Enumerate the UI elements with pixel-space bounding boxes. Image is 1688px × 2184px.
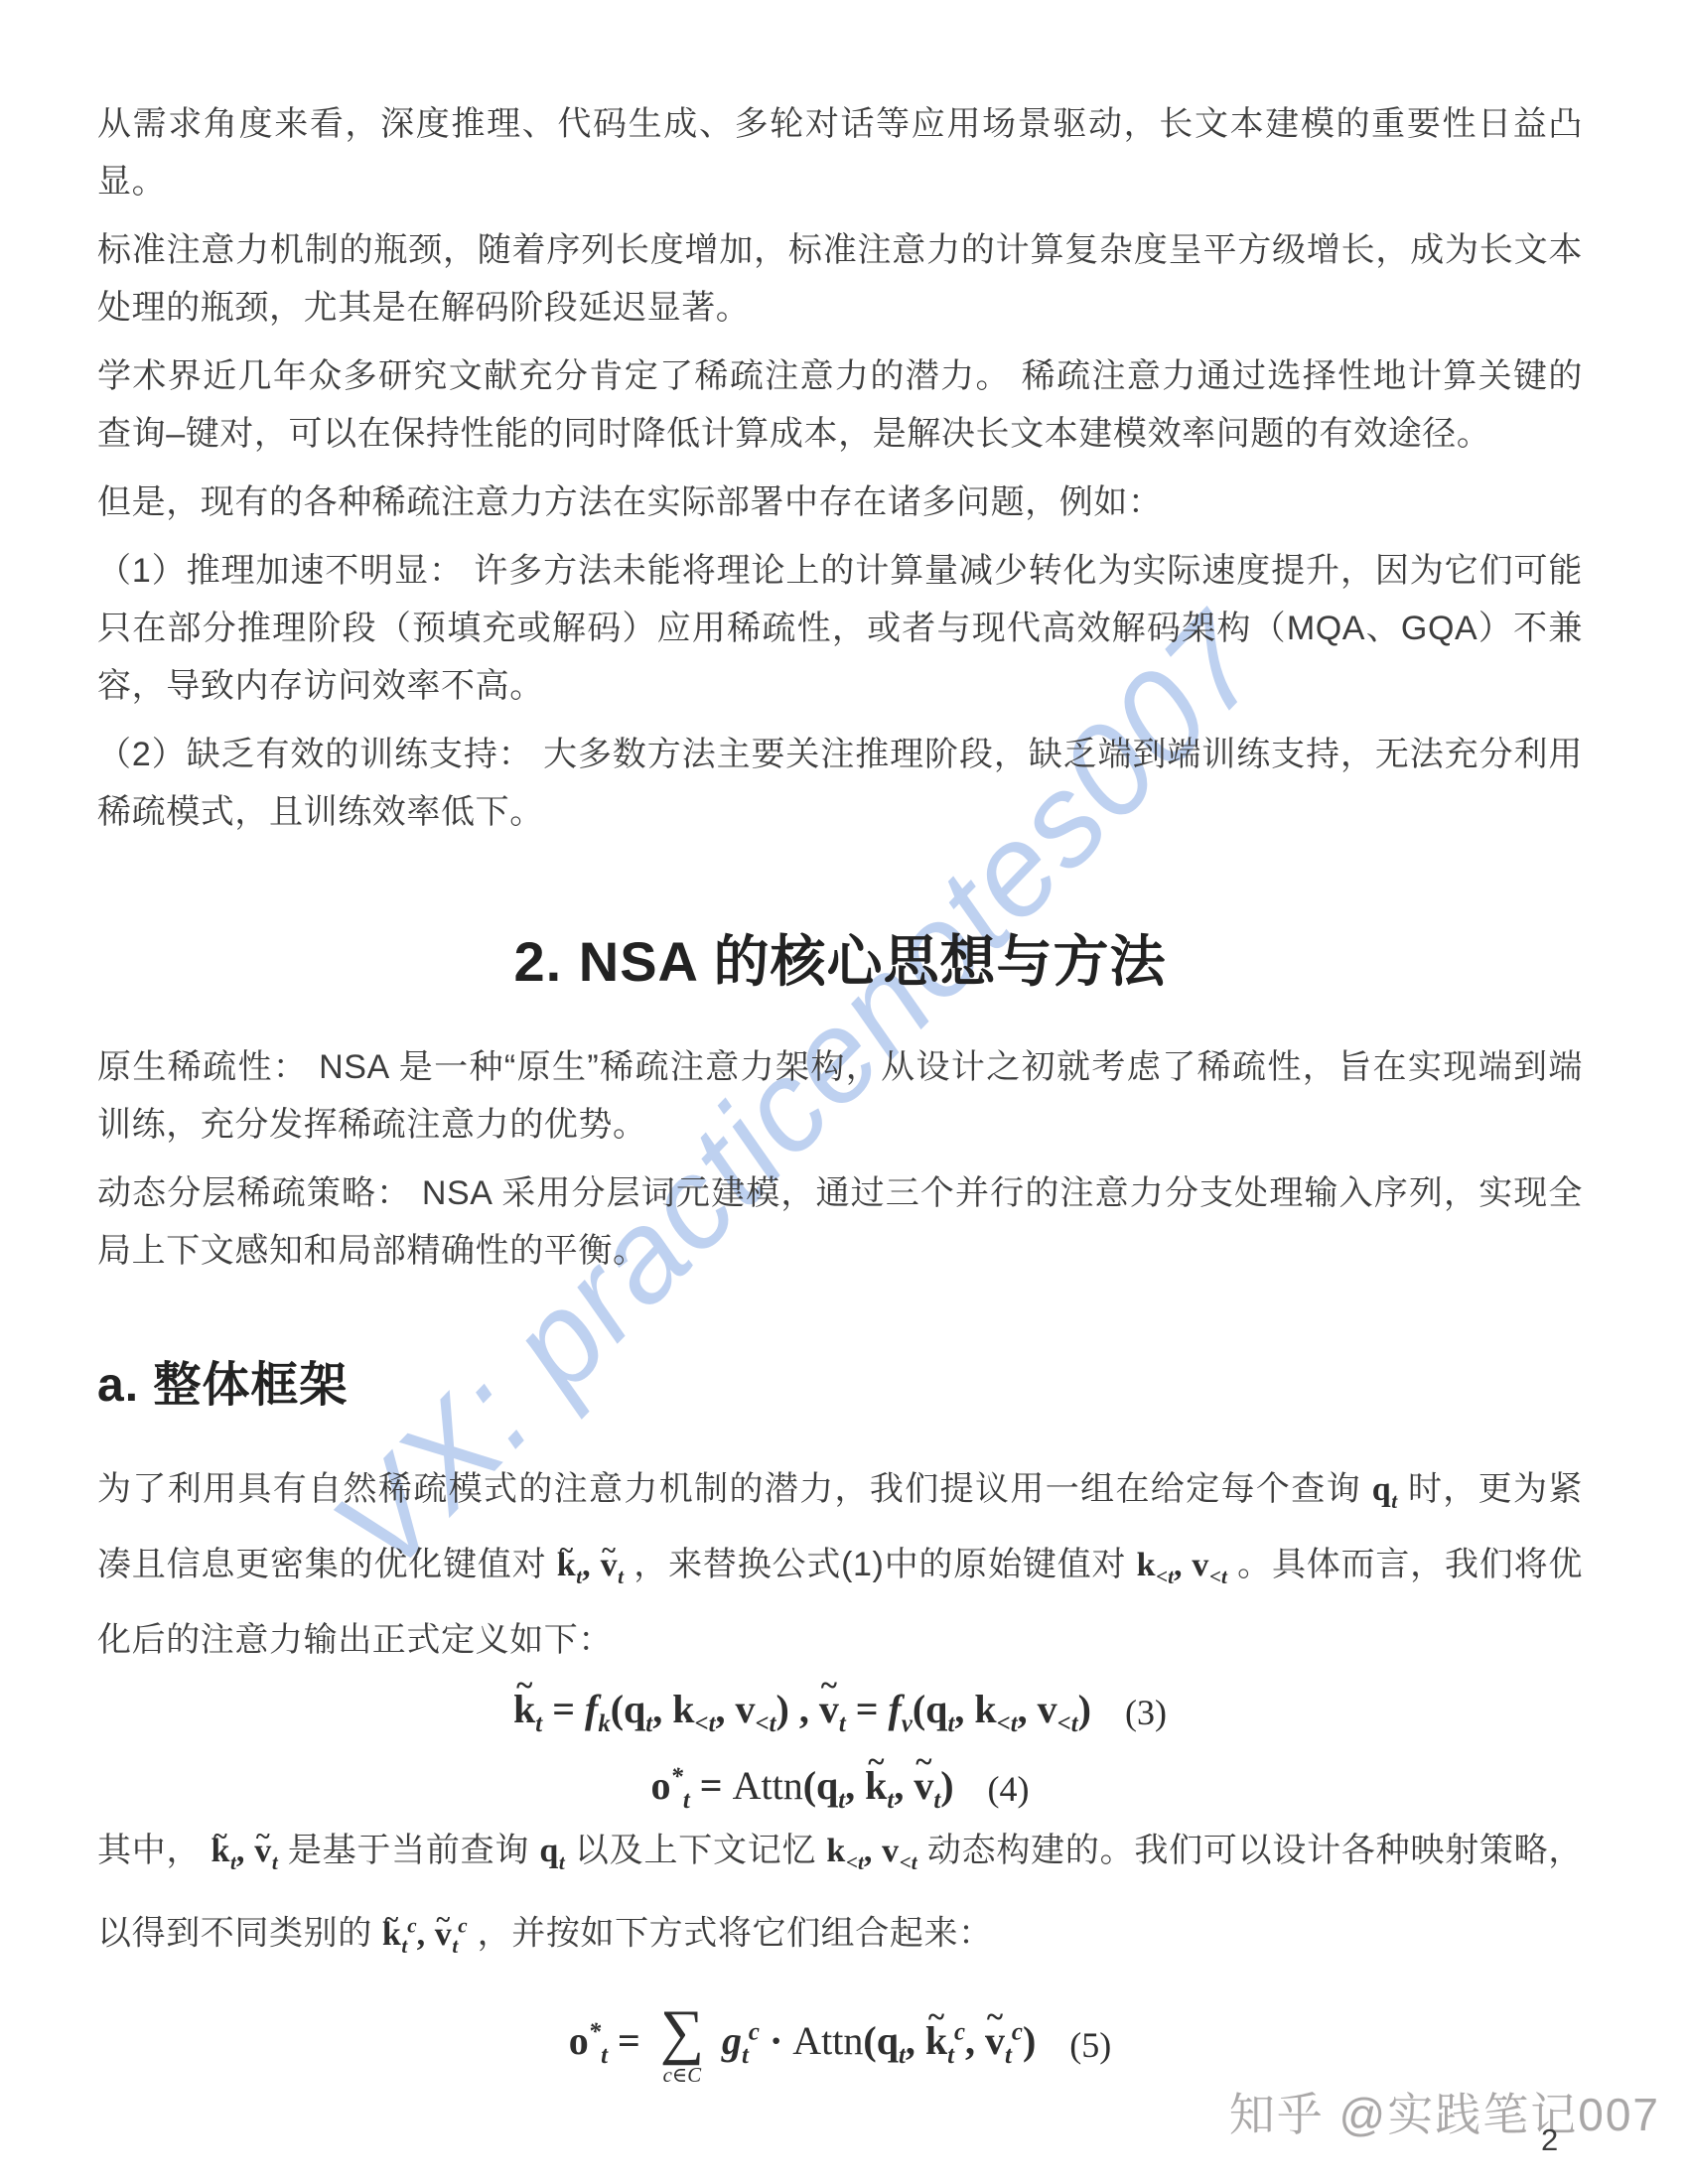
- equation-3-formula: kt = fk(qt, k<t, v<t) , vt = fv(qt, k<t,…: [513, 1686, 1091, 1738]
- nsa-paragraph-native-sparsity: 原生稀疏性： NSA 是一种“原生”稀疏注意力架构，从设计之初就考虑了稀疏性，旨…: [97, 1038, 1583, 1154]
- issue-item-2: （2）缺乏有效的训练支持： 大多数方法主要关注推理阶段，缺乏端到端训练支持，无法…: [97, 726, 1583, 841]
- equation-4: o*t = Attn(qt, kt, vt) (4): [97, 1759, 1583, 1819]
- document-page: VX: practicenotes007 从需求角度来看，深度推理、代码生成、多…: [0, 0, 1688, 2184]
- section-heading: 2. NSA 的核心思想与方法: [97, 930, 1583, 994]
- equation-4-tag: (4): [988, 1768, 1030, 1810]
- intro-paragraph-bottleneck: 标准注意力机制的瓶颈，随着序列长度增加，标准注意力的计算复杂度呈平方级增长，成为…: [97, 221, 1583, 337]
- issue-item-1: （1）推理加速不明显： 许多方法未能将理论上的计算量减少转化为实际速度提升，因为…: [97, 542, 1583, 715]
- page-number: 2: [1541, 2122, 1558, 2158]
- framework-paragraph-1: 为了利用具有自然稀疏模式的注意力机制的潜力，我们提议用一组在给定每个查询 qt …: [97, 1457, 1583, 1672]
- page-content: 从需求角度来看，深度推理、代码生成、多轮对话等应用场景驱动，长文本建模的重要性日…: [97, 0, 1583, 2105]
- equation-5-tag: (5): [1069, 2024, 1111, 2066]
- nsa-paragraph-hierarchical-strategy: 动态分层稀疏策略： NSA 采用分层词元建模，通过三个并行的注意力分支处理输入序…: [97, 1164, 1583, 1280]
- zhihu-credit-stamp: 知乎 @实践笔记007: [1229, 2079, 1660, 2144]
- subsection-heading: a. 整体框架: [97, 1358, 1583, 1414]
- equation-4-formula: o*t = Attn(qt, kt, vt): [650, 1762, 953, 1815]
- equation-3: kt = fk(qt, k<t, v<t) , vt = fv(qt, k<t,…: [97, 1674, 1583, 1751]
- framework-paragraph-2: 其中， kt, vt 是基于当前查询 qt 以及上下文记忆 k<t, v<t 动…: [97, 1819, 1583, 1978]
- intro-paragraph-sparse-attention: 学术界近几年众多研究文献充分肯定了稀疏注意力的潜力。 稀疏注意力通过选择性地计算…: [97, 347, 1583, 463]
- equation-3-tag: (3): [1125, 1692, 1167, 1733]
- equation-5-formula: o*t = ∑c∈C gtc · Attn(qt, ktc, vtc): [569, 2003, 1037, 2087]
- intro-paragraph-demand: 从需求角度来看，深度推理、代码生成、多轮对话等应用场景驱动，长文本建模的重要性日…: [97, 95, 1583, 210]
- intro-paragraph-problems: 但是，现有的各种稀疏注意力方法在实际部署中存在诸多问题，例如：: [97, 474, 1583, 531]
